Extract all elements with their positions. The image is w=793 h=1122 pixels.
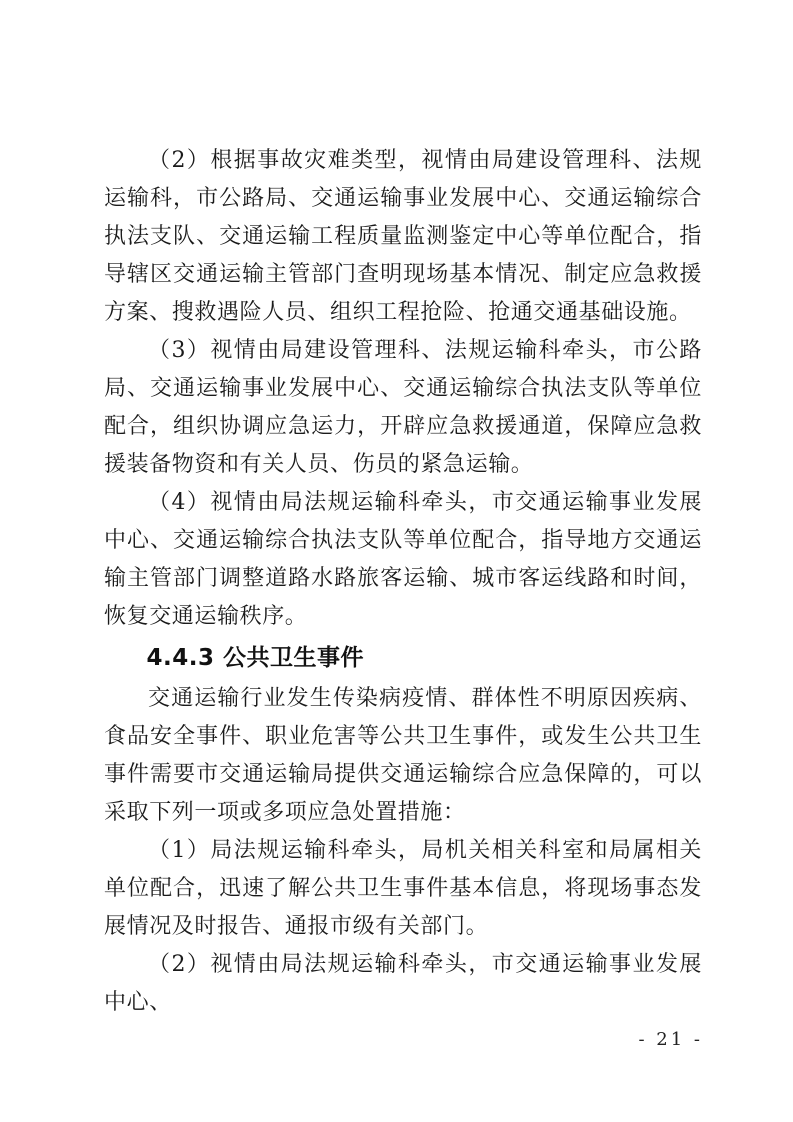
page-number: - 21 - [638,1028,703,1052]
paragraph-measure-2: （2）视情由局法规运输科牵头，市交通运输事业发展中心、 [104,946,702,1022]
document-page: （2）根据事故灾难类型，视情由局建设管理科、法规运输科，市公路局、交通运输事业发… [0,0,793,1122]
document-content: （2）根据事故灾难类型，视情由局建设管理科、法规运输科，市公路局、交通运输事业发… [104,142,702,1022]
paragraph-restore-order: （4）视情由局法规运输科牵头，市交通运输事业发展中心、交通运输综合执法支队等单位… [104,484,702,636]
paragraph-accident-type: （2）根据事故灾难类型，视情由局建设管理科、法规运输科，市公路局、交通运输事业发… [104,142,702,332]
paragraph-public-health-intro: 交通运输行业发生传染病疫情、群体性不明原因疾病、食品安全事件、职业危害等公共卫生… [104,680,702,832]
paragraph-measure-1: （1）局法规运输科牵头，局机关相关科室和局属相关单位配合，迅速了解公共卫生事件基… [104,832,702,946]
paragraph-emergency-transport: （3）视情由局建设管理科、法规运输科牵头，市公路局、交通运输事业发展中心、交通运… [104,332,702,484]
section-heading-public-health: 4.4.3 公共卫生事件 [104,636,702,680]
